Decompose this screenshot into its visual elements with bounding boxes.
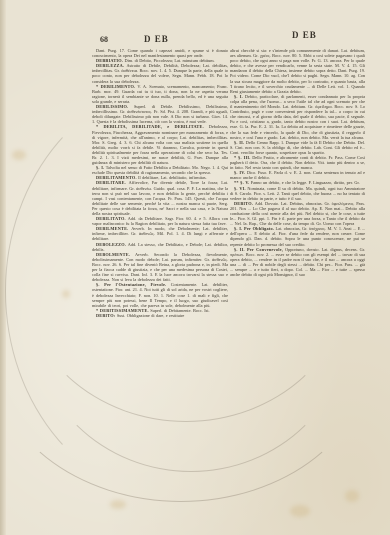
right-column: altrui checchè si sia: e s'intende più c… [230, 48, 365, 277]
dictionary-entry: §. Per l'Ostentazione, Fievole. Costenta… [92, 282, 228, 307]
dictionary-entry: DEBILISSIMO. Superl. di Debile. Debiliss… [92, 104, 228, 124]
running-header: 68 D EB D EB [96, 34, 366, 46]
running-head-right: D EB [292, 30, 317, 40]
dictionary-entry: §. VI. Nominata, come Il su di debito. M… [230, 186, 365, 201]
scanned-page: 68 D EB D EB Dant. Purg. 17. Come quando… [0, 0, 390, 535]
dictionary-entry: * DEBILITA, DEBILITADE, e DEBILITATE. De… [92, 124, 228, 165]
dictionary-entry: §. I. Debito, particolare, di parlamenti… [230, 94, 365, 140]
foxing-stain [345, 490, 359, 502]
dictionary-entry: * §. III. Dello Frutto, e altramente con… [230, 155, 365, 170]
foxing-stain [12, 150, 26, 160]
dictionary-entry: DEBITO. Add. Dovuto. Lat. Debitus, obnox… [230, 201, 365, 226]
dictionary-entry: DEBILMENTE. Avverb. In modo, che Debolme… [92, 226, 228, 241]
dictionary-entry: DEBILITARE. Affievolire, Far divenir deb… [92, 180, 228, 216]
dictionary-entry: §. I. Talvolta nel senso di Fatto Debili… [92, 165, 228, 175]
foxing-stain [110, 500, 126, 509]
dictionary-entry: §. II. Per Convenevole, Opportuno, dovut… [230, 247, 365, 278]
dictionary-entry: DEBITO: Sust. Obbligazione di dare, e re… [92, 313, 228, 318]
left-column: Dant. Purg. 17. Come quando i capezzi am… [92, 48, 228, 318]
running-head-left: D EB [144, 34, 169, 44]
foxing-stain [290, 505, 310, 517]
dictionary-entry: §. I. Per Obbligato. Lat. obnoxius, Gr. … [230, 226, 365, 246]
dictionary-entry: §. IV. Dico. Fuso. E. Parla d. v. E. 2. … [230, 170, 365, 180]
dictionary-entry: DEBOLEZZO. Add. La stesso, che Debilitat… [92, 242, 228, 252]
dictionary-entry: DEBOLMENTE. Avverb. Secondo la Debolezza… [92, 252, 228, 283]
dictionary-entry: DEBILEZZA. Astratto di Debile, Debilità,… [92, 63, 228, 83]
page-number: 68 [100, 35, 108, 44]
dictionary-entry: Dant. Purg. 17. Come quando i capezzi am… [92, 48, 228, 58]
dictionary-entry: §. II. Dello Cenno Rapp. 1. Dunque vide … [230, 140, 365, 155]
dictionary-entry: altrui checchè si sia: e s'intende più c… [230, 48, 365, 94]
dictionary-entry: DEBILITATO. Add. da Debilitare. Sagr. Fi… [92, 216, 228, 226]
dictionary-entry: * DEBILIMENTO. V. A. Scemato, scemamento… [92, 84, 228, 104]
